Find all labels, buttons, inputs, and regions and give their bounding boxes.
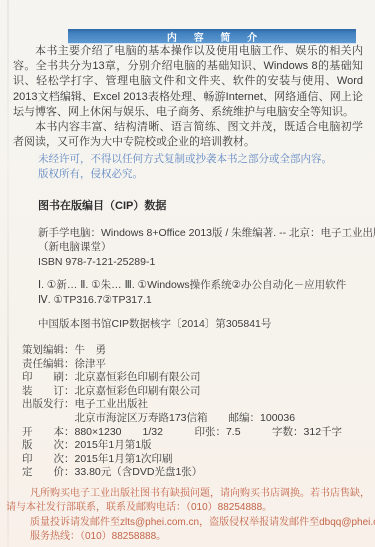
intro-section: 本书主要介绍了电脑的基本操作以及使用电脑工作、娱乐的相关内容。全书共分为13章，… — [13, 44, 363, 150]
publisher-service-notice: 凡所购买电子工业出版社图书有缺损问题，请向购买书店调换。若书店售缺，请与本社发行… — [6, 487, 370, 544]
cip-classification-line-1: Ⅰ. ①新… Ⅱ. ①朱… Ⅲ. ①Windows操作系统②办公自动化－应用软件 — [38, 278, 368, 293]
colophon-executive-editor: 责任编辑：徐津平 — [22, 358, 367, 372]
cip-classification-line-2: Ⅳ. ①TP316.7②TP317.1 — [38, 293, 368, 308]
colophon-impression-line: 印 次：2015年1月第1次印刷 — [22, 453, 367, 467]
cip-data-section: 图书在版编目（CIP）数据 新手学电脑：Windows 8+Office 201… — [38, 199, 368, 332]
colophon-section: 策划编辑：牛 勇 责任编辑：徐津平 印 刷：北京嘉恒彩色印刷有限公司 装 订：北… — [22, 344, 367, 480]
cip-heading: 图书在版编目（CIP）数据 — [38, 199, 368, 214]
content-summary-header: 内 容 简 介 — [68, 29, 356, 44]
cip-title-line: 新手学电脑：Windows 8+Office 2013版 / 朱维编著. -- … — [38, 226, 368, 241]
footer-purchase-notice: 凡所购买电子工业出版社图书有缺损问题，请向购买书店调换。若书店售缺，请与本社发行… — [6, 487, 370, 516]
content-summary-title: 内 容 简 介 — [160, 29, 264, 44]
colophon-publisher: 出版发行：电子工业出版社 — [22, 398, 367, 412]
cip-record-number: 中国版本图书馆CIP数据核字〔2014〕第305841号 — [38, 317, 368, 332]
colophon-edition-line: 版 次：2015年1月第1版 — [22, 439, 367, 453]
cip-series-line: （新电脑课堂） — [38, 240, 368, 255]
colophon-printer: 印 刷：北京嘉恒彩色印刷有限公司 — [22, 371, 367, 385]
colophon-binder: 装 订：北京嘉恒彩色印刷有限公司 — [22, 385, 367, 399]
copyright-notice-line-1: 未经许可，不得以任何方式复制或抄袭本书之部分或全部内容。 — [38, 152, 358, 167]
copyright-notice-line-2: 版权所有，侵权必究。 — [38, 167, 358, 182]
colophon-planning-editor: 策划编辑：牛 勇 — [22, 344, 367, 358]
footer-complaint-notice: 质量投诉请发邮件至zlts@phei.com.cn，盗版侵权举报请发邮件至dbq… — [6, 516, 370, 530]
footer-service-hotline: 服务热线：（010）88258888。 — [6, 530, 370, 544]
scanned-page-edge — [7, 0, 9, 547]
book-copyright-page: 内 容 简 介 本书主要介绍了电脑的基本操作以及使用电脑工作、娱乐的相关内容。全… — [0, 0, 375, 547]
colophon-format-line: 开 本：880×1230 1/32 印张：7.5 字数：312千字 — [22, 426, 367, 440]
intro-paragraph-2: 本书内容丰富、结构清晰、语言简练、图文并茂，既适合电脑初学者阅读，又可作为大中专… — [13, 120, 363, 150]
copyright-notice: 未经许可，不得以任何方式复制或抄袭本书之部分或全部内容。 版权所有，侵权必究。 — [38, 152, 358, 181]
cip-isbn-line: ISBN 978-7-121-25289-1 — [38, 255, 368, 270]
colophon-publisher-address: 北京市海淀区万寿路173信箱 邮编：100036 — [22, 412, 367, 426]
intro-paragraph-1: 本书主要介绍了电脑的基本操作以及使用电脑工作、娱乐的相关内容。全书共分为13章，… — [13, 44, 363, 120]
colophon-price-line: 定 价：33.80元（含DVD光盘1张） — [22, 466, 367, 480]
